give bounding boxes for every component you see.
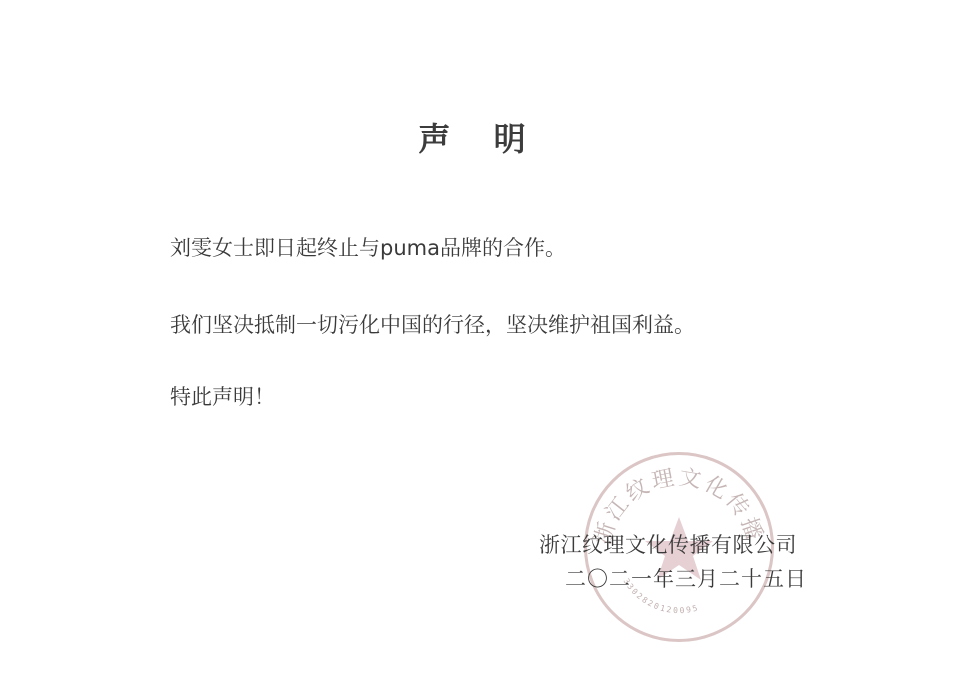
signature-company: 浙江纹理文化传播有限公司 — [539, 529, 797, 559]
paragraph-2: 我们坚决抵制一切污化中国的行径，坚决维护祖国利益。 — [170, 309, 695, 339]
paragraph-1: 刘雯女士即日起终止与puma品牌的合作。 — [170, 232, 566, 262]
signature-date: 二〇二一年三月二十五日 — [565, 563, 807, 593]
paragraph-3: 特此声明！ — [170, 381, 275, 411]
document-title: 声 明 — [0, 114, 960, 160]
